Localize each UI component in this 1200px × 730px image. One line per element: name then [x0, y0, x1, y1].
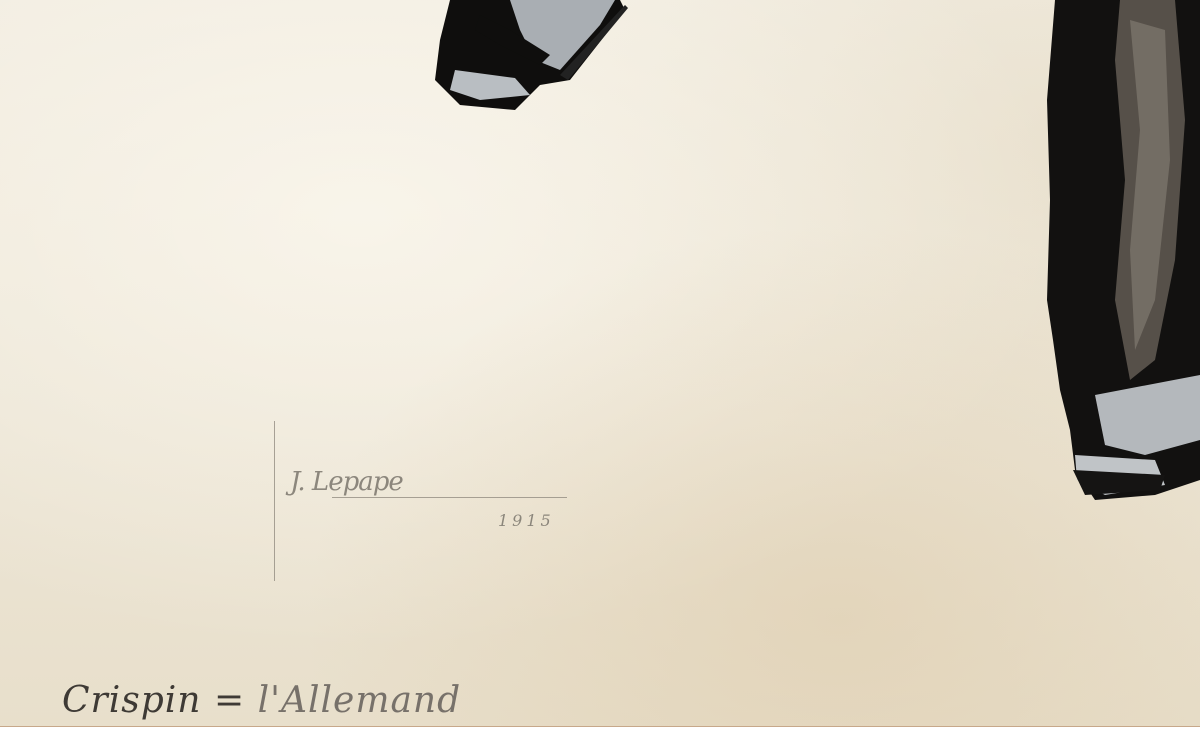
signature-name: J. Lepape	[290, 467, 403, 497]
caption-left: Crispin	[62, 680, 202, 721]
paper-edge	[0, 726, 1200, 730]
signature-underline	[332, 497, 567, 498]
figure-drawing-right	[1035, 0, 1200, 510]
shoe-drawing-left	[420, 0, 640, 115]
caption-separator: =	[214, 680, 245, 721]
signature-year: 1915	[498, 511, 555, 530]
artist-signature: J. Lepape 1915	[270, 415, 570, 585]
handwritten-caption: Crispin = l'Allemand	[62, 680, 461, 721]
caption-right: l'Allemand	[258, 680, 462, 721]
pencil-margin-line	[274, 421, 275, 581]
